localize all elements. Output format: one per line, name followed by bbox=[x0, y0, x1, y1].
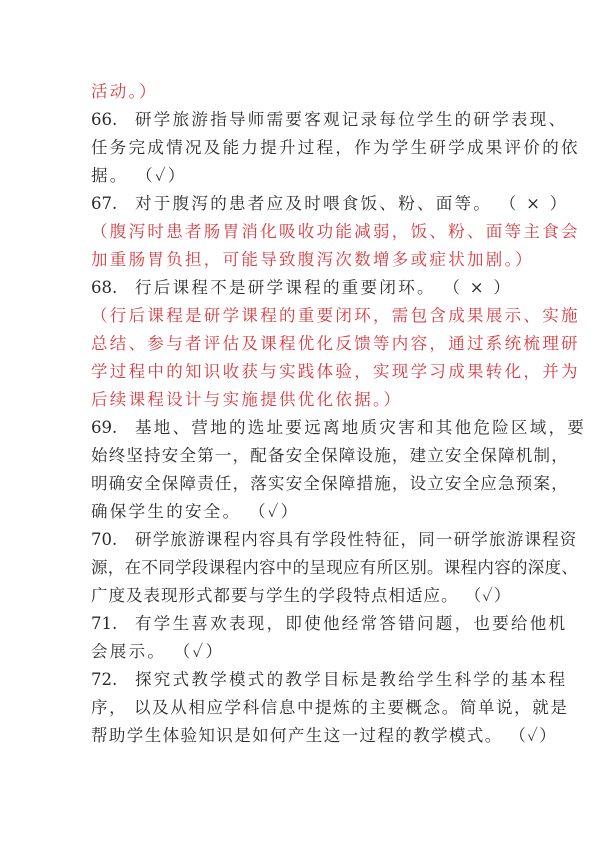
question-68: 68.行后课程不是研学课程的重要闭环。 （ × ） bbox=[91, 274, 511, 302]
question-67: 67.对于腹泻的患者应及时喂食饭、粉、面等。 （ × ） bbox=[91, 190, 511, 218]
question-66: 66.研学旅游指导师需要客观记录每位学生的研学表现、 bbox=[91, 106, 511, 134]
question-text: 探究式教学模式的教学目标是教给学生科学的基本程 bbox=[135, 670, 567, 689]
question-number: 72. bbox=[91, 666, 135, 694]
question-66-answer: 据。 （✓） bbox=[91, 162, 511, 190]
question-71-answer: 会展示。 （✓） bbox=[91, 638, 511, 666]
question-66-cont: 任务完成情况及能力提升过程，作为学生研学成果评价的依 bbox=[91, 134, 511, 162]
explanation-68-cont: 学过程中的知识收获与实践体验，实现学习成果转化，并为 bbox=[91, 358, 511, 386]
question-number: 67. bbox=[91, 190, 135, 218]
question-text: 有学生喜欢表现，即使他经常答错问题，也要给他机 bbox=[135, 614, 567, 633]
question-number: 68. bbox=[91, 274, 135, 302]
question-text: 行后课程不是研学课程的重要闭环。 （ × ） bbox=[135, 278, 512, 297]
question-text: 基地、营地的选址要远离地质灾害和其他危险区域，要 bbox=[135, 418, 586, 437]
document-page: 活动。） 66.研学旅游指导师需要客观记录每位学生的研学表现、 任务完成情况及能… bbox=[0, 0, 600, 849]
question-69-answer: 确保学生的安全。 （✓） bbox=[91, 498, 511, 526]
question-list: 活动。） 66.研学旅游指导师需要客观记录每位学生的研学表现、 任务完成情况及能… bbox=[91, 78, 511, 750]
question-70-answer: 广度及表现形式都要与学生的学段特点相适应。 （✓） bbox=[91, 582, 511, 610]
explanation-68-cont: 后续课程设计与实施提供优化依据。） bbox=[91, 386, 511, 414]
explanation-67: （腹泻时患者肠胃消化吸收功能减弱，饭、粉、面等主食会 bbox=[91, 218, 511, 246]
explanation-68-cont: 总结、参与者评估及课程优化反馈等内容，通过系统梳理研 bbox=[91, 330, 511, 358]
question-69: 69.基地、营地的选址要远离地质灾害和其他危险区域，要 bbox=[91, 414, 511, 442]
question-text: 研学旅游指导师需要客观记录每位学生的研学表现、 bbox=[135, 110, 567, 129]
question-number: 70. bbox=[91, 526, 135, 554]
question-number: 71. bbox=[91, 610, 135, 638]
question-69-cont: 始终坚持安全第一，配备安全保障设施，建立安全保障机制， bbox=[91, 442, 511, 470]
question-70-cont: 源，在不同学段课程内容中的呈现应有所区别。课程内容的深度、 bbox=[91, 554, 511, 582]
question-69-cont: 明确安全保障责任，落实安全保障措施，设立安全应急预案， bbox=[91, 470, 511, 498]
question-70: 70.研学旅游课程内容具有学段性特征，同一研学旅游课程资 bbox=[91, 526, 511, 554]
question-72-answer: 帮助学生体验知识是如何产生这一过程的教学模式。 （✓） bbox=[91, 722, 511, 750]
question-72: 72.探究式教学模式的教学目标是教给学生科学的基本程 bbox=[91, 666, 511, 694]
question-72-cont: 序， 以及从相应学科信息中提炼的主要概念。简单说，就是 bbox=[91, 694, 511, 722]
explanation-68: （行后课程是研学课程的重要闭环，需包含成果展示、实施 bbox=[91, 302, 511, 330]
question-text: 研学旅游课程内容具有学段性特征，同一研学旅游课程资 bbox=[135, 530, 578, 549]
explanation-line: 活动。） bbox=[91, 78, 511, 106]
question-71: 71.有学生喜欢表现，即使他经常答错问题，也要给他机 bbox=[91, 610, 511, 638]
question-number: 66. bbox=[91, 106, 135, 134]
question-number: 69. bbox=[91, 414, 135, 442]
question-text: 对于腹泻的患者应及时喂食饭、粉、面等。 （ × ） bbox=[135, 194, 569, 213]
explanation-67-cont: 加重肠胃负担，可能导致腹泻次数增多或症状加剧。） bbox=[91, 246, 511, 274]
